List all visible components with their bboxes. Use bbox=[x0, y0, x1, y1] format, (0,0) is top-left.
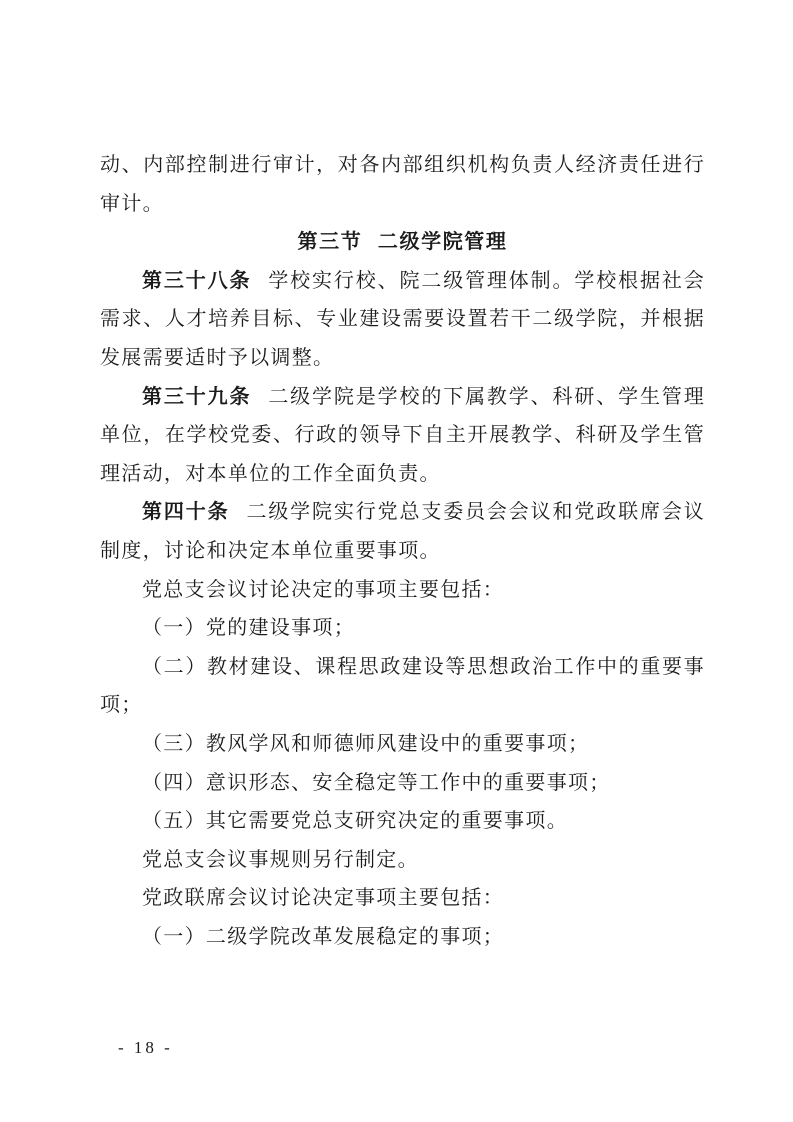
list-item-5: （五）其它需要党总支研究决定的重要事项。 bbox=[100, 802, 705, 841]
article-39-number: 第三十九条 bbox=[142, 386, 251, 408]
paragraph-continuation: 动、内部控制进行审计，对各内部组织机构负责人经济责任进行审计。 bbox=[100, 146, 705, 223]
paragraph-intro-lianxi: 党政联席会议讨论决定事项主要包括： bbox=[100, 879, 705, 918]
document-body: 动、内部控制进行审计，对各内部组织机构负责人经济责任进行审计。 第三节 二级学院… bbox=[100, 146, 705, 956]
paragraph-rules-note: 党总支会议事规则另行制定。 bbox=[100, 841, 705, 880]
list-item-2: （二）教材建设、课程思政建设等思想政治工作中的重要事项； bbox=[100, 648, 705, 725]
article-38-paragraph: 第三十八条学校实行校、院二级管理体制。学校根据社会需求、人才培养目标、专业建设需… bbox=[100, 262, 705, 378]
list-item-1: （一）党的建设事项； bbox=[100, 609, 705, 648]
article-40-paragraph: 第四十条二级学院实行党总支委员会会议和党政联席会议制度，讨论和决定本单位重要事项… bbox=[100, 493, 705, 570]
list-item-3: （三）教风学风和师德师风建设中的重要事项； bbox=[100, 725, 705, 764]
article-39-paragraph: 第三十九条二级学院是学校的下属教学、科研、学生管理单位，在学校党委、行政的领导下… bbox=[100, 378, 705, 494]
article-40-number: 第四十条 bbox=[142, 501, 229, 523]
page-number: - 18 - bbox=[118, 1038, 173, 1058]
section-heading: 第三节 二级学院管理 bbox=[100, 223, 705, 262]
article-38-number: 第三十八条 bbox=[142, 270, 251, 292]
list-item-4: （四）意识形态、安全稳定等工作中的重要事项； bbox=[100, 764, 705, 803]
list-item-lianxi-1: （一）二级学院改革发展稳定的事项； bbox=[100, 918, 705, 957]
document-page: 动、内部控制进行审计，对各内部组织机构负责人经济责任进行审计。 第三节 二级学院… bbox=[0, 0, 793, 1122]
paragraph-intro-dangzongzhi: 党总支会议讨论决定的事项主要包括： bbox=[100, 571, 705, 610]
